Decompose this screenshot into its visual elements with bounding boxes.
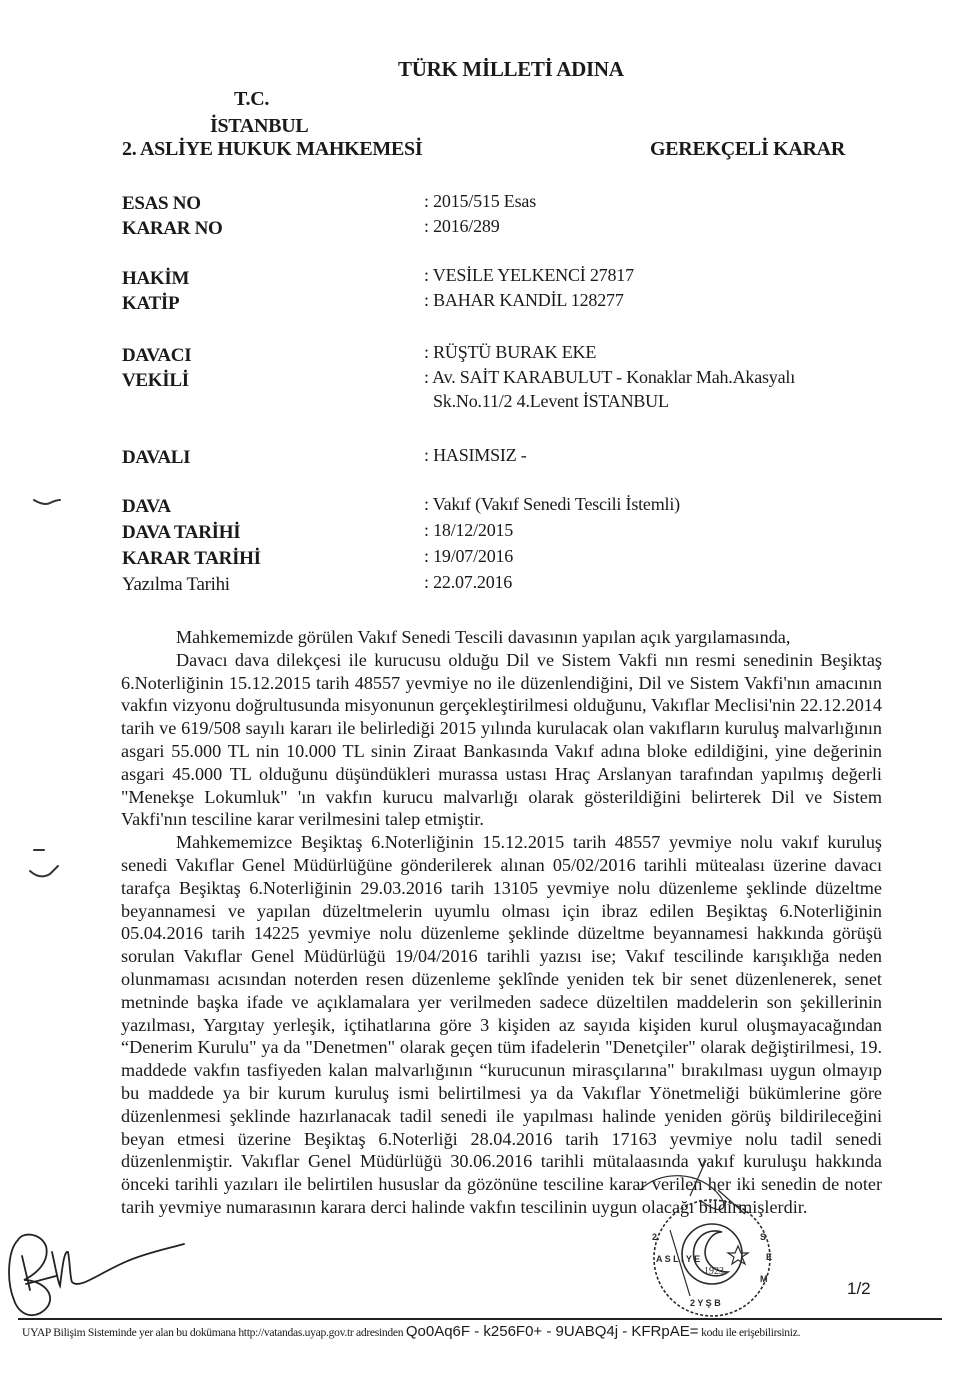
dava-tarihi-label: DAVA TARİHİ bbox=[122, 522, 240, 544]
body-paragraph: Mahkememizce Beşiktaş 6.Noterliğinin 15.… bbox=[121, 831, 882, 1219]
hakim-label: HAKİM bbox=[122, 268, 189, 290]
katip-label: KATİP bbox=[122, 293, 179, 315]
esas-no-value: : 2015/515 Esas bbox=[424, 191, 536, 212]
court-name: 2. ASLİYE HUKUK MAHKEMESİ bbox=[122, 138, 422, 161]
yazilma-tarihi-label: Yazılma Tarihi bbox=[122, 574, 230, 596]
davali-value: : HASIMSIZ - bbox=[424, 445, 527, 466]
yazilma-tarihi-value: : 22.07.2016 bbox=[424, 572, 512, 593]
dava-value: : Vakıf (Vakıf Senedi Tescili İstemli) bbox=[424, 494, 680, 515]
davaci-label: DAVACI bbox=[122, 345, 191, 367]
page-number: 1/2 bbox=[847, 1279, 871, 1299]
svg-text:E: E bbox=[766, 1252, 772, 1262]
vekili-value: : Av. SAİT KARABULUT - Konaklar Mah.Akas… bbox=[424, 367, 795, 388]
karar-no-value: : 2016/289 bbox=[424, 216, 500, 237]
svg-text:M: M bbox=[760, 1274, 768, 1284]
footer-prefix: UYAP Bilişim Sisteminde yer alan bu dokü… bbox=[22, 1326, 403, 1339]
vekili-label: VEKİLİ bbox=[122, 370, 189, 392]
esas-no-label: ESAS NO bbox=[122, 193, 201, 215]
document-type: GEREKÇELİ KARAR bbox=[650, 138, 845, 161]
state-label: T.C. bbox=[234, 88, 269, 111]
svg-text:S: S bbox=[760, 1232, 766, 1242]
body-paragraph: Davacı dava dilekçesi ile kurucusu olduğ… bbox=[121, 649, 882, 831]
dava-label: DAVA bbox=[122, 496, 171, 518]
katip-value: : BAHAR KANDİL 128277 bbox=[424, 290, 624, 311]
access-code: Qo0Aq6F - k256F0+ - 9UABQ4j - KFRpAE= bbox=[406, 1323, 699, 1340]
karar-tarihi-label: KARAR TARİHİ bbox=[122, 548, 261, 570]
karar-tarihi-value: : 19/07/2016 bbox=[424, 546, 513, 567]
karar-no-label: KARAR NO bbox=[122, 218, 223, 240]
decision-body: Mahkememizde görülen Vakıf Senedi Tescil… bbox=[121, 626, 882, 1219]
footer-divider bbox=[18, 1318, 942, 1320]
body-paragraph: Mahkememizde görülen Vakıf Senedi Tescil… bbox=[121, 626, 882, 649]
handwritten-signature-icon bbox=[9, 1235, 184, 1316]
davali-label: DAVALI bbox=[122, 447, 190, 469]
uyap-footer: UYAP Bilişim Sisteminde yer alan bu dokü… bbox=[22, 1323, 800, 1340]
nation-title: TÜRK MİLLETİ ADINA bbox=[398, 57, 624, 82]
margin-mark-icon bbox=[30, 500, 60, 876]
svg-text:2.: 2. bbox=[652, 1232, 660, 1242]
hakim-value: : VESİLE YELKENCİ 27817 bbox=[424, 265, 634, 286]
footer-suffix: kodu ile erişebilirsiniz. bbox=[701, 1326, 800, 1339]
davaci-value: : RÜŞTÜ BURAK EKE bbox=[424, 342, 596, 363]
svg-text:A S L İ Y E: A S L İ Y E bbox=[656, 1254, 700, 1264]
city-label: İSTANBUL bbox=[210, 115, 308, 138]
vekili-address-cont: Sk.No.11/2 4.Levent İSTANBUL bbox=[433, 391, 669, 412]
svg-text:2 Y Ş B: 2 Y Ş B bbox=[690, 1298, 721, 1308]
seal-ring-text: 2. A S L İ Y E 2 Y Ş B S E M bbox=[652, 1232, 772, 1308]
svg-text:1923: 1923 bbox=[704, 1266, 724, 1277]
dava-tarihi-value: : 18/12/2015 bbox=[424, 520, 513, 541]
